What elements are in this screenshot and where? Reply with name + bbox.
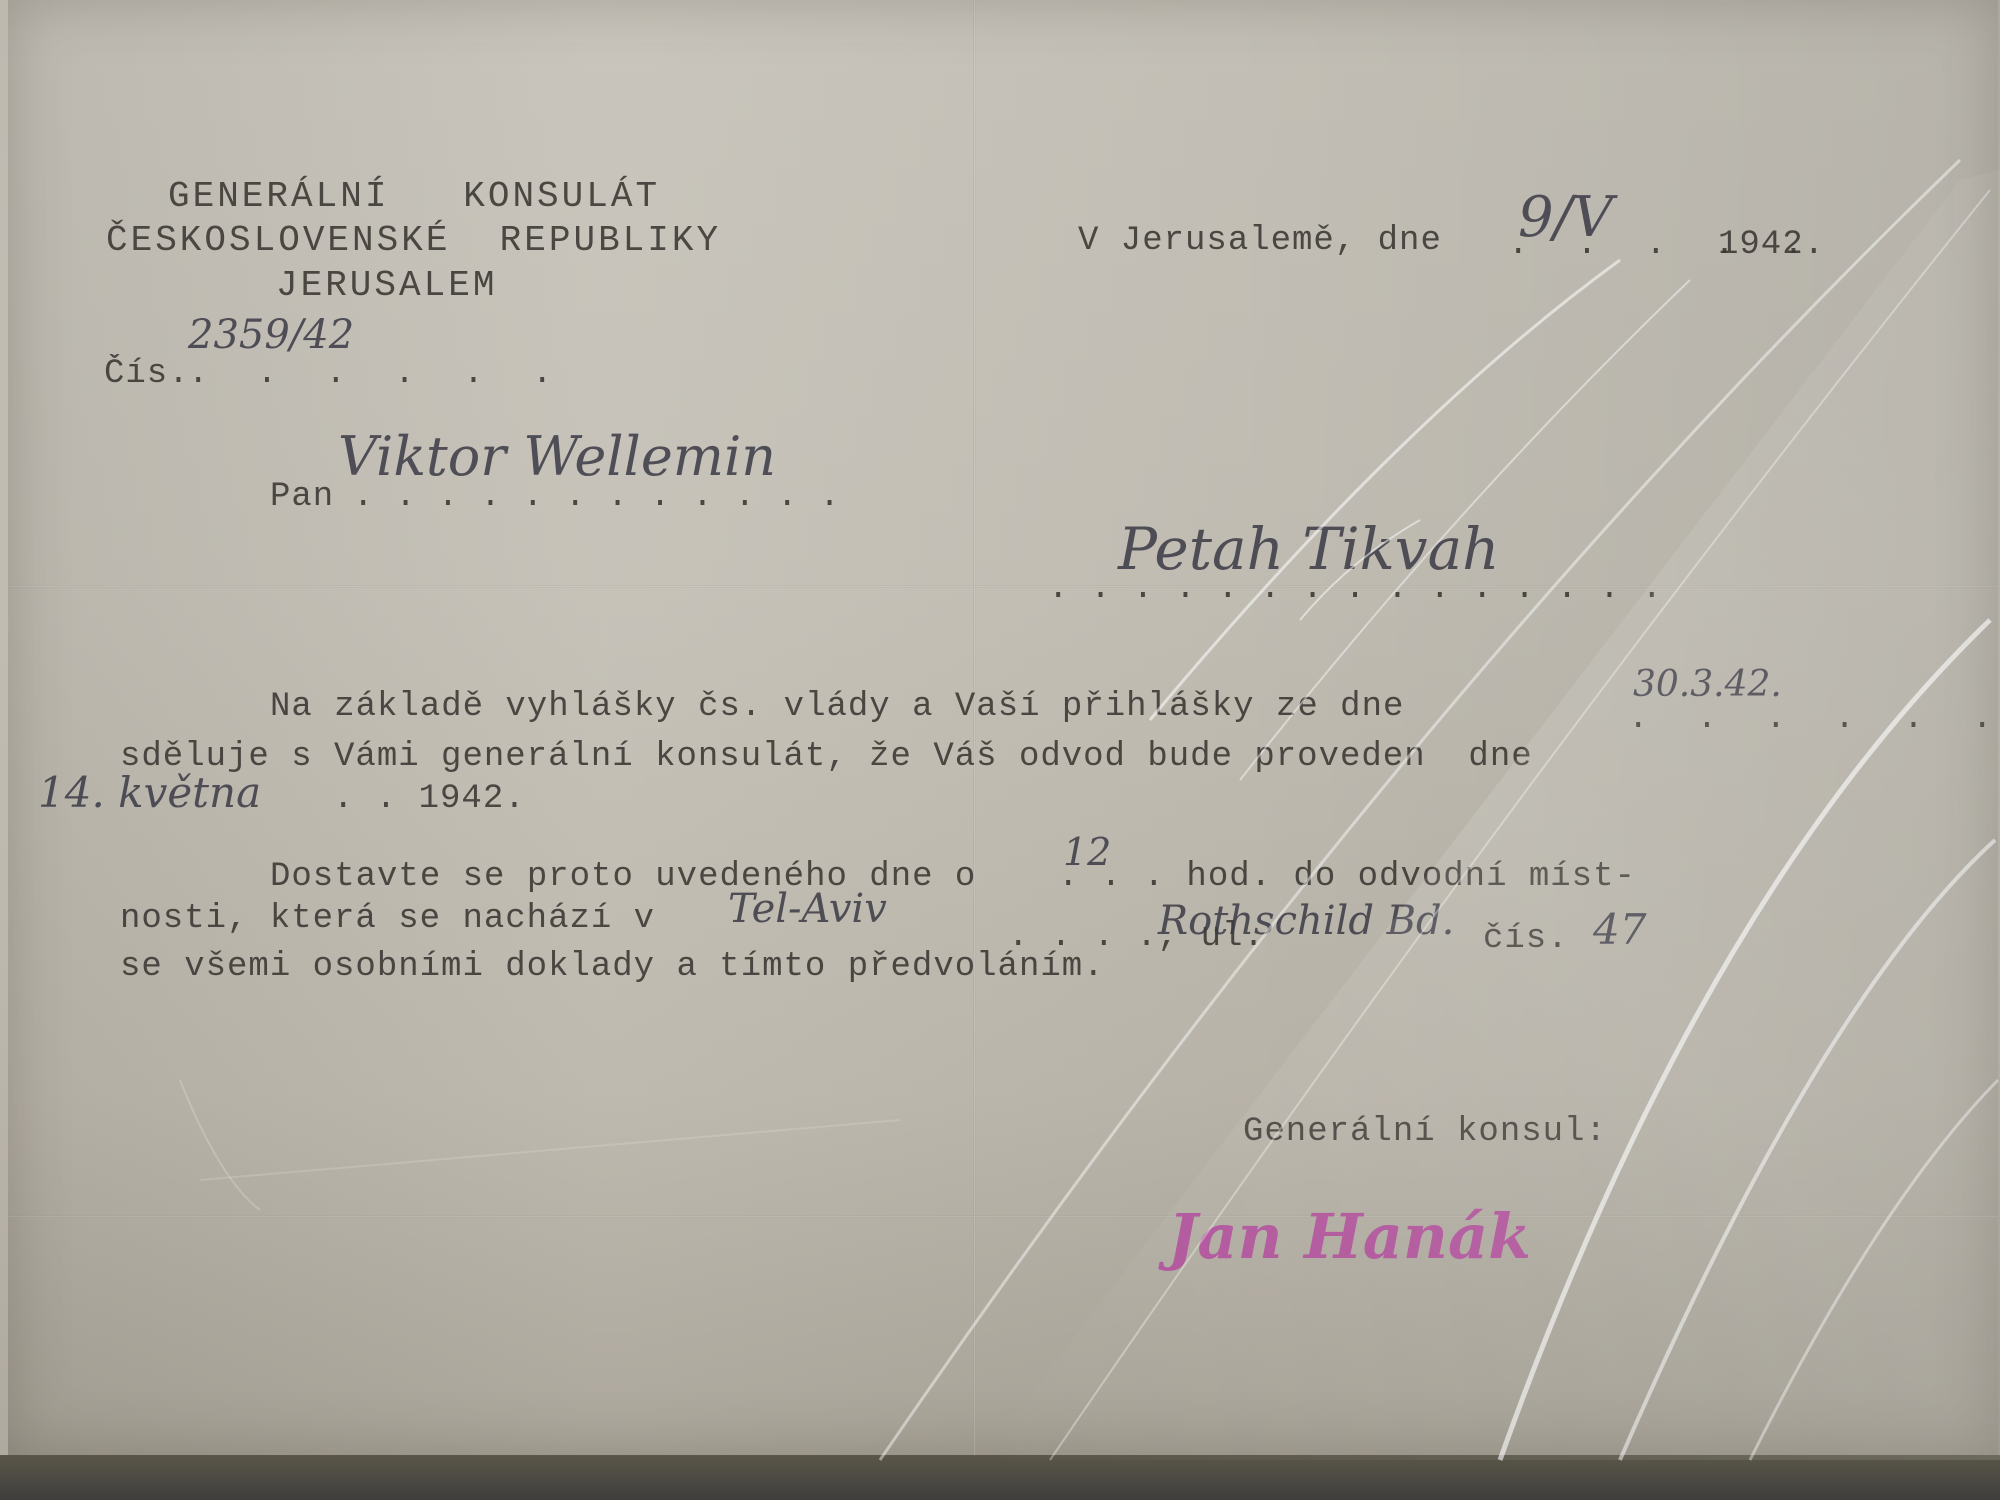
consul-signature: Jan Hanák [1168,1200,1531,1273]
reference-dots: . . . . . . [188,355,566,393]
fold-crease-horizontal [8,1215,1998,1218]
body-para2-line2-c: čís. [1483,920,1569,958]
letterhead-line-2: ČESKOSLOVENSKÉ REPUBLIKY [106,220,721,261]
application-date-dots: . . . . . . [1628,700,2000,738]
conscription-date-handwritten: 14. května [38,768,261,817]
body-para1-line1: Na základě vyhlášky čs. vlády a Vaší při… [270,688,1404,726]
signature-title: Generální konsul: [1243,1113,1607,1151]
document-photo: GENERÁLNÍ KONSULÁT ČESKOSLOVENSKÉ REPUBL… [0,0,2000,1500]
body-para1-line3: . . 1942. [333,780,526,818]
date-year: 1942. [1718,226,1825,264]
fold-crease-horizontal [8,585,1998,588]
street-number-handwritten: 47 [1593,905,1646,954]
address-handwritten: Petah Tikvah [1118,515,1500,583]
body-para2-line1-b: . . . hod. do odvodní míst- [1058,858,1636,896]
paper-sheet: GENERÁLNÍ KONSULÁT ČESKOSLOVENSKÉ REPUBL… [8,0,1998,1455]
reference-number-handwritten: 2359/42 [188,312,354,358]
city-handwritten: Tel-Aviv [728,886,887,932]
body-para1-line2: sděluje s Vámi generální konsulát, že Vá… [120,738,1533,776]
body-para2-line3: se všemi osobními doklady a tímto předvo… [120,948,1105,986]
street-handwritten: Rothschild Bd. [1158,898,1454,944]
table-surface [0,1455,2000,1500]
letterhead-line-1: GENERÁLNÍ KONSULÁT [168,176,660,217]
fold-crease-vertical [973,0,976,1455]
place-date-prefix: V Jerusalemě, dne [1078,222,1442,260]
application-date-handwritten: 30.3.42. [1633,664,1782,705]
letterhead-line-3: JERUSALEM [276,265,497,306]
reference-label: Čís. [104,355,190,393]
body-para2-line2-a: nosti, která se nachází v [120,900,655,938]
addressee-name-handwritten: Viktor Wellemin [338,425,776,488]
addressee-label: Pan [270,478,334,516]
